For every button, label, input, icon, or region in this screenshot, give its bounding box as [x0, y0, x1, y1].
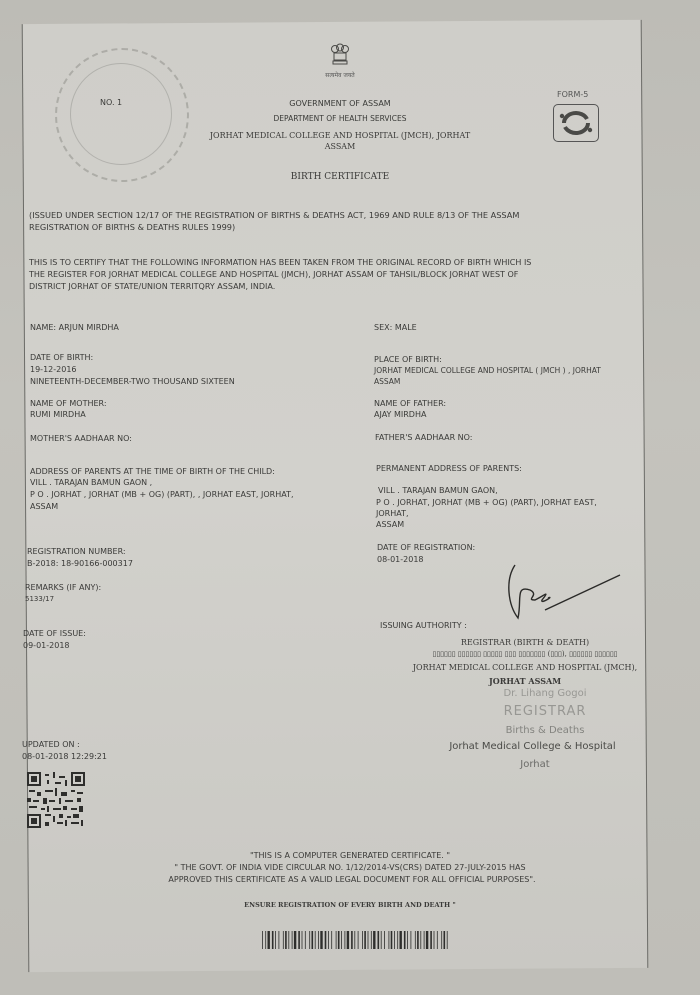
permanent-address-line2: P O . JORHAT, JORHAT (MB + OG) (PART), J…	[376, 498, 597, 507]
mother-name: RUMI MIRDHA	[30, 410, 86, 419]
permanent-address-line4: ASSAM	[376, 520, 404, 529]
authority-line2: ▯▯▯▯▯▯ ▯▯▯▯▯▯ ▯▯▯▯▯ ▯▯▯ ▯▯▯▯▯▯▯ (▯▯▯), ▯…	[380, 650, 670, 658]
permanent-address-line3: JORHAT,	[376, 509, 409, 518]
registrar-stamp-title: REGISTRAR	[450, 704, 640, 719]
issued-under-line1: (ISSUED UNDER SECTION 12/17 OF THE REGIS…	[29, 210, 519, 220]
registration-date-label: DATE OF REGISTRATION:	[377, 543, 475, 552]
certify-line1: THIS IS TO CERTIFY THAT THE FOLLOWING IN…	[29, 258, 531, 267]
emblem-caption: सत्यमेव जयते	[318, 71, 362, 79]
child-name: NAME: ARJUN MIRDHA	[30, 323, 119, 332]
pob-label: PLACE OF BIRTH:	[374, 355, 442, 364]
authority-line3: JORHAT MEDICAL COLLEGE AND HOSPITAL (JMC…	[380, 663, 670, 672]
serial-number: NO. 1	[100, 98, 122, 107]
pob-line2: ASSAM	[374, 377, 400, 386]
certify-line3: DISTRICT JORHAT OF STATE/UNION TERRITQRY…	[29, 282, 275, 291]
pob-line1: JORHAT MEDICAL COLLEGE AND HOSPITAL ( JM…	[374, 366, 601, 375]
registration-number-value: B-2018: 18-90166-000317	[27, 559, 133, 568]
father-label: NAME OF FATHER:	[374, 399, 446, 408]
mother-aadhaar-label: MOTHER'S AADHAAR NO:	[30, 434, 132, 443]
department-title: DEPARTMENT OF HEALTH SERVICES	[200, 114, 480, 123]
permanent-address-label: PERMANENT ADDRESS OF PARENTS:	[376, 464, 522, 473]
registrar-stamp-name: Dr. Lihang Gogoi	[450, 688, 640, 699]
certify-line2: THE REGISTER FOR JORHAT MEDICAL COLLEGE …	[29, 270, 518, 279]
remarks-value: 5133/17	[25, 595, 54, 603]
form-label: FORM-5	[557, 90, 588, 99]
dob-words: NINETEENTH-DECEMBER-TWO THOUSAND SIXTEEN	[30, 377, 235, 386]
registrar-stamp-place: Jorhat	[450, 759, 620, 770]
permanent-address-line1: VILL . TARAJAN BAMUN GAON,	[378, 486, 498, 495]
issuing-authority-label: ISSUING AUTHORITY :	[380, 621, 467, 630]
state-emblem-icon	[327, 42, 353, 70]
barcode-icon	[262, 931, 452, 949]
dob-value: 19-12-2016	[30, 365, 77, 374]
birth-address-line2: P O . JORHAT , JORHAT (MB + OG) (PART), …	[30, 490, 294, 499]
registration-date-value: 08-01-2018	[377, 555, 424, 564]
qr-code-icon	[27, 772, 85, 828]
dob-label: DATE OF BIRTH:	[30, 353, 93, 362]
father-aadhaar-label: FATHER'S AADHAAR NO:	[375, 433, 473, 442]
father-name: AJAY MIRDHA	[374, 410, 426, 419]
signature-mark	[500, 560, 630, 620]
birth-address-line3: ASSAM	[30, 502, 58, 511]
birth-address-line1: VILL . TARAJAN BAMUN GAON ,	[30, 478, 152, 487]
circular-line2: APPROVED THIS CERTIFICATE AS A VALID LEG…	[112, 875, 592, 884]
updated-on-value: 08-01-2018 12:29:21	[22, 752, 107, 761]
remarks-label: REMARKS (IF ANY):	[25, 583, 101, 592]
crs-logo-icon	[553, 104, 599, 142]
ensure-registration-note: ENSURE REGISTRATION OF EVERY BIRTH AND D…	[210, 901, 490, 909]
issued-under-line2: REGISTRATION OF BIRTHS & DEATHS RULES 19…	[29, 222, 235, 232]
institution-line1: JORHAT MEDICAL COLLEGE AND HOSPITAL (JMC…	[180, 131, 500, 140]
issue-date-value: 09-01-2018	[23, 641, 70, 650]
child-sex: SEX: MALE	[374, 323, 417, 332]
authority-line1: REGISTRAR (BIRTH & DEATH)	[380, 638, 670, 647]
round-seal-inner	[70, 63, 172, 165]
registrar-stamp-institution: Jorhat Medical College & Hospital	[425, 741, 640, 752]
institution-line2: ASSAM	[200, 142, 480, 151]
computer-generated-note: "THIS IS A COMPUTER GENERATED CERTIFICAT…	[120, 851, 580, 860]
birth-address-label: ADDRESS OF PARENTS AT THE TIME OF BIRTH …	[30, 467, 275, 476]
circular-line1: " THE GOVT. OF INDIA VIDE CIRCULAR NO. 1…	[120, 863, 580, 872]
registrar-stamp-dept: Births & Deaths	[450, 725, 640, 736]
issue-date-label: DATE OF ISSUE:	[23, 629, 86, 638]
registration-number-label: REGISTRATION NUMBER:	[27, 547, 126, 556]
authority-line4: JORHAT ASSAM	[380, 676, 670, 686]
certificate-title: BIRTH CERTIFICATE	[200, 172, 480, 182]
updated-on-label: UPDATED ON :	[22, 740, 80, 749]
mother-label: NAME OF MOTHER:	[30, 399, 107, 408]
government-title: GOVERNMENT OF ASSAM	[200, 99, 480, 108]
